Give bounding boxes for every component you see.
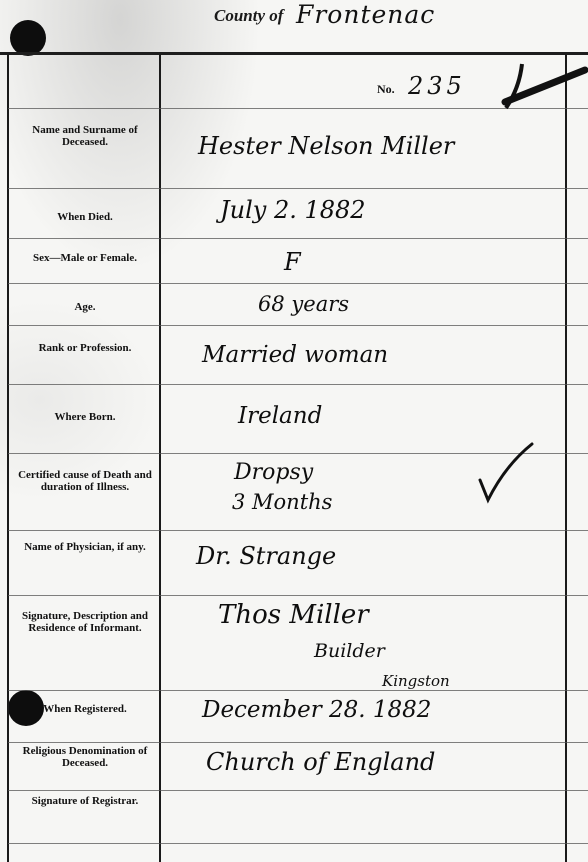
label-when-died: When Died. bbox=[12, 211, 158, 223]
label-cause-of-death: Certified cause of Death and duration of… bbox=[12, 469, 158, 493]
check-mark-icon bbox=[476, 440, 536, 510]
value-when-died: July 2. 1882 bbox=[220, 196, 366, 224]
entry-number-value: 235 bbox=[408, 72, 466, 100]
label-name: Name and Surname of Deceased. bbox=[12, 124, 158, 148]
label-religion: Religious Denomination of Deceased. bbox=[12, 745, 158, 769]
value-religion: Church of England bbox=[206, 748, 435, 776]
row-rule bbox=[8, 188, 588, 189]
value-informant-residence: Kingston bbox=[382, 672, 450, 690]
value-where-born: Ireland bbox=[238, 403, 322, 429]
row-rule bbox=[8, 283, 588, 284]
value-illness-duration: 3 Months bbox=[232, 490, 332, 514]
value-profession: Married woman bbox=[202, 342, 388, 368]
row-rule bbox=[8, 742, 588, 743]
right-column-divider bbox=[565, 54, 567, 862]
label-registrar-signature: Signature of Registrar. bbox=[12, 795, 158, 807]
label-when-registered: When Registered. bbox=[12, 703, 158, 715]
value-physician: Dr. Strange bbox=[196, 542, 336, 570]
value-sex: F bbox=[284, 248, 301, 276]
label-where-born: Where Born. bbox=[12, 411, 158, 423]
row-rule bbox=[8, 325, 588, 326]
row-rule bbox=[8, 843, 588, 844]
row-rule bbox=[8, 384, 588, 385]
value-informant-name: Thos Miller bbox=[218, 600, 369, 630]
value-name: Hester Nelson Miller bbox=[198, 132, 454, 160]
entry-number-label: No. bbox=[377, 82, 395, 97]
value-cause-of-death: Dropsy bbox=[234, 460, 313, 485]
row-rule bbox=[8, 530, 588, 531]
strike-mark-icon bbox=[500, 62, 588, 112]
header-rule bbox=[0, 52, 588, 55]
label-profession: Rank or Profession. bbox=[12, 342, 158, 354]
row-rule bbox=[8, 238, 588, 239]
row-rule bbox=[8, 595, 588, 596]
label-sex: Sex—Male or Female. bbox=[12, 252, 158, 264]
row-rule bbox=[8, 690, 588, 691]
county-label: County of bbox=[214, 6, 283, 26]
column-divider bbox=[159, 54, 161, 862]
value-age: 68 years bbox=[258, 292, 349, 316]
punch-hole-top bbox=[10, 20, 46, 56]
left-border bbox=[7, 54, 9, 862]
label-age: Age. bbox=[12, 301, 158, 313]
value-informant-description: Builder bbox=[314, 640, 385, 662]
value-when-registered: December 28. 1882 bbox=[202, 697, 431, 723]
label-physician: Name of Physician, if any. bbox=[12, 541, 158, 553]
row-rule bbox=[8, 790, 588, 791]
death-register-page: County of Frontenac No. 235 Name and Sur… bbox=[0, 0, 588, 862]
label-informant: Signature, Description and Residence of … bbox=[12, 610, 158, 634]
county-value: Frontenac bbox=[296, 0, 435, 29]
